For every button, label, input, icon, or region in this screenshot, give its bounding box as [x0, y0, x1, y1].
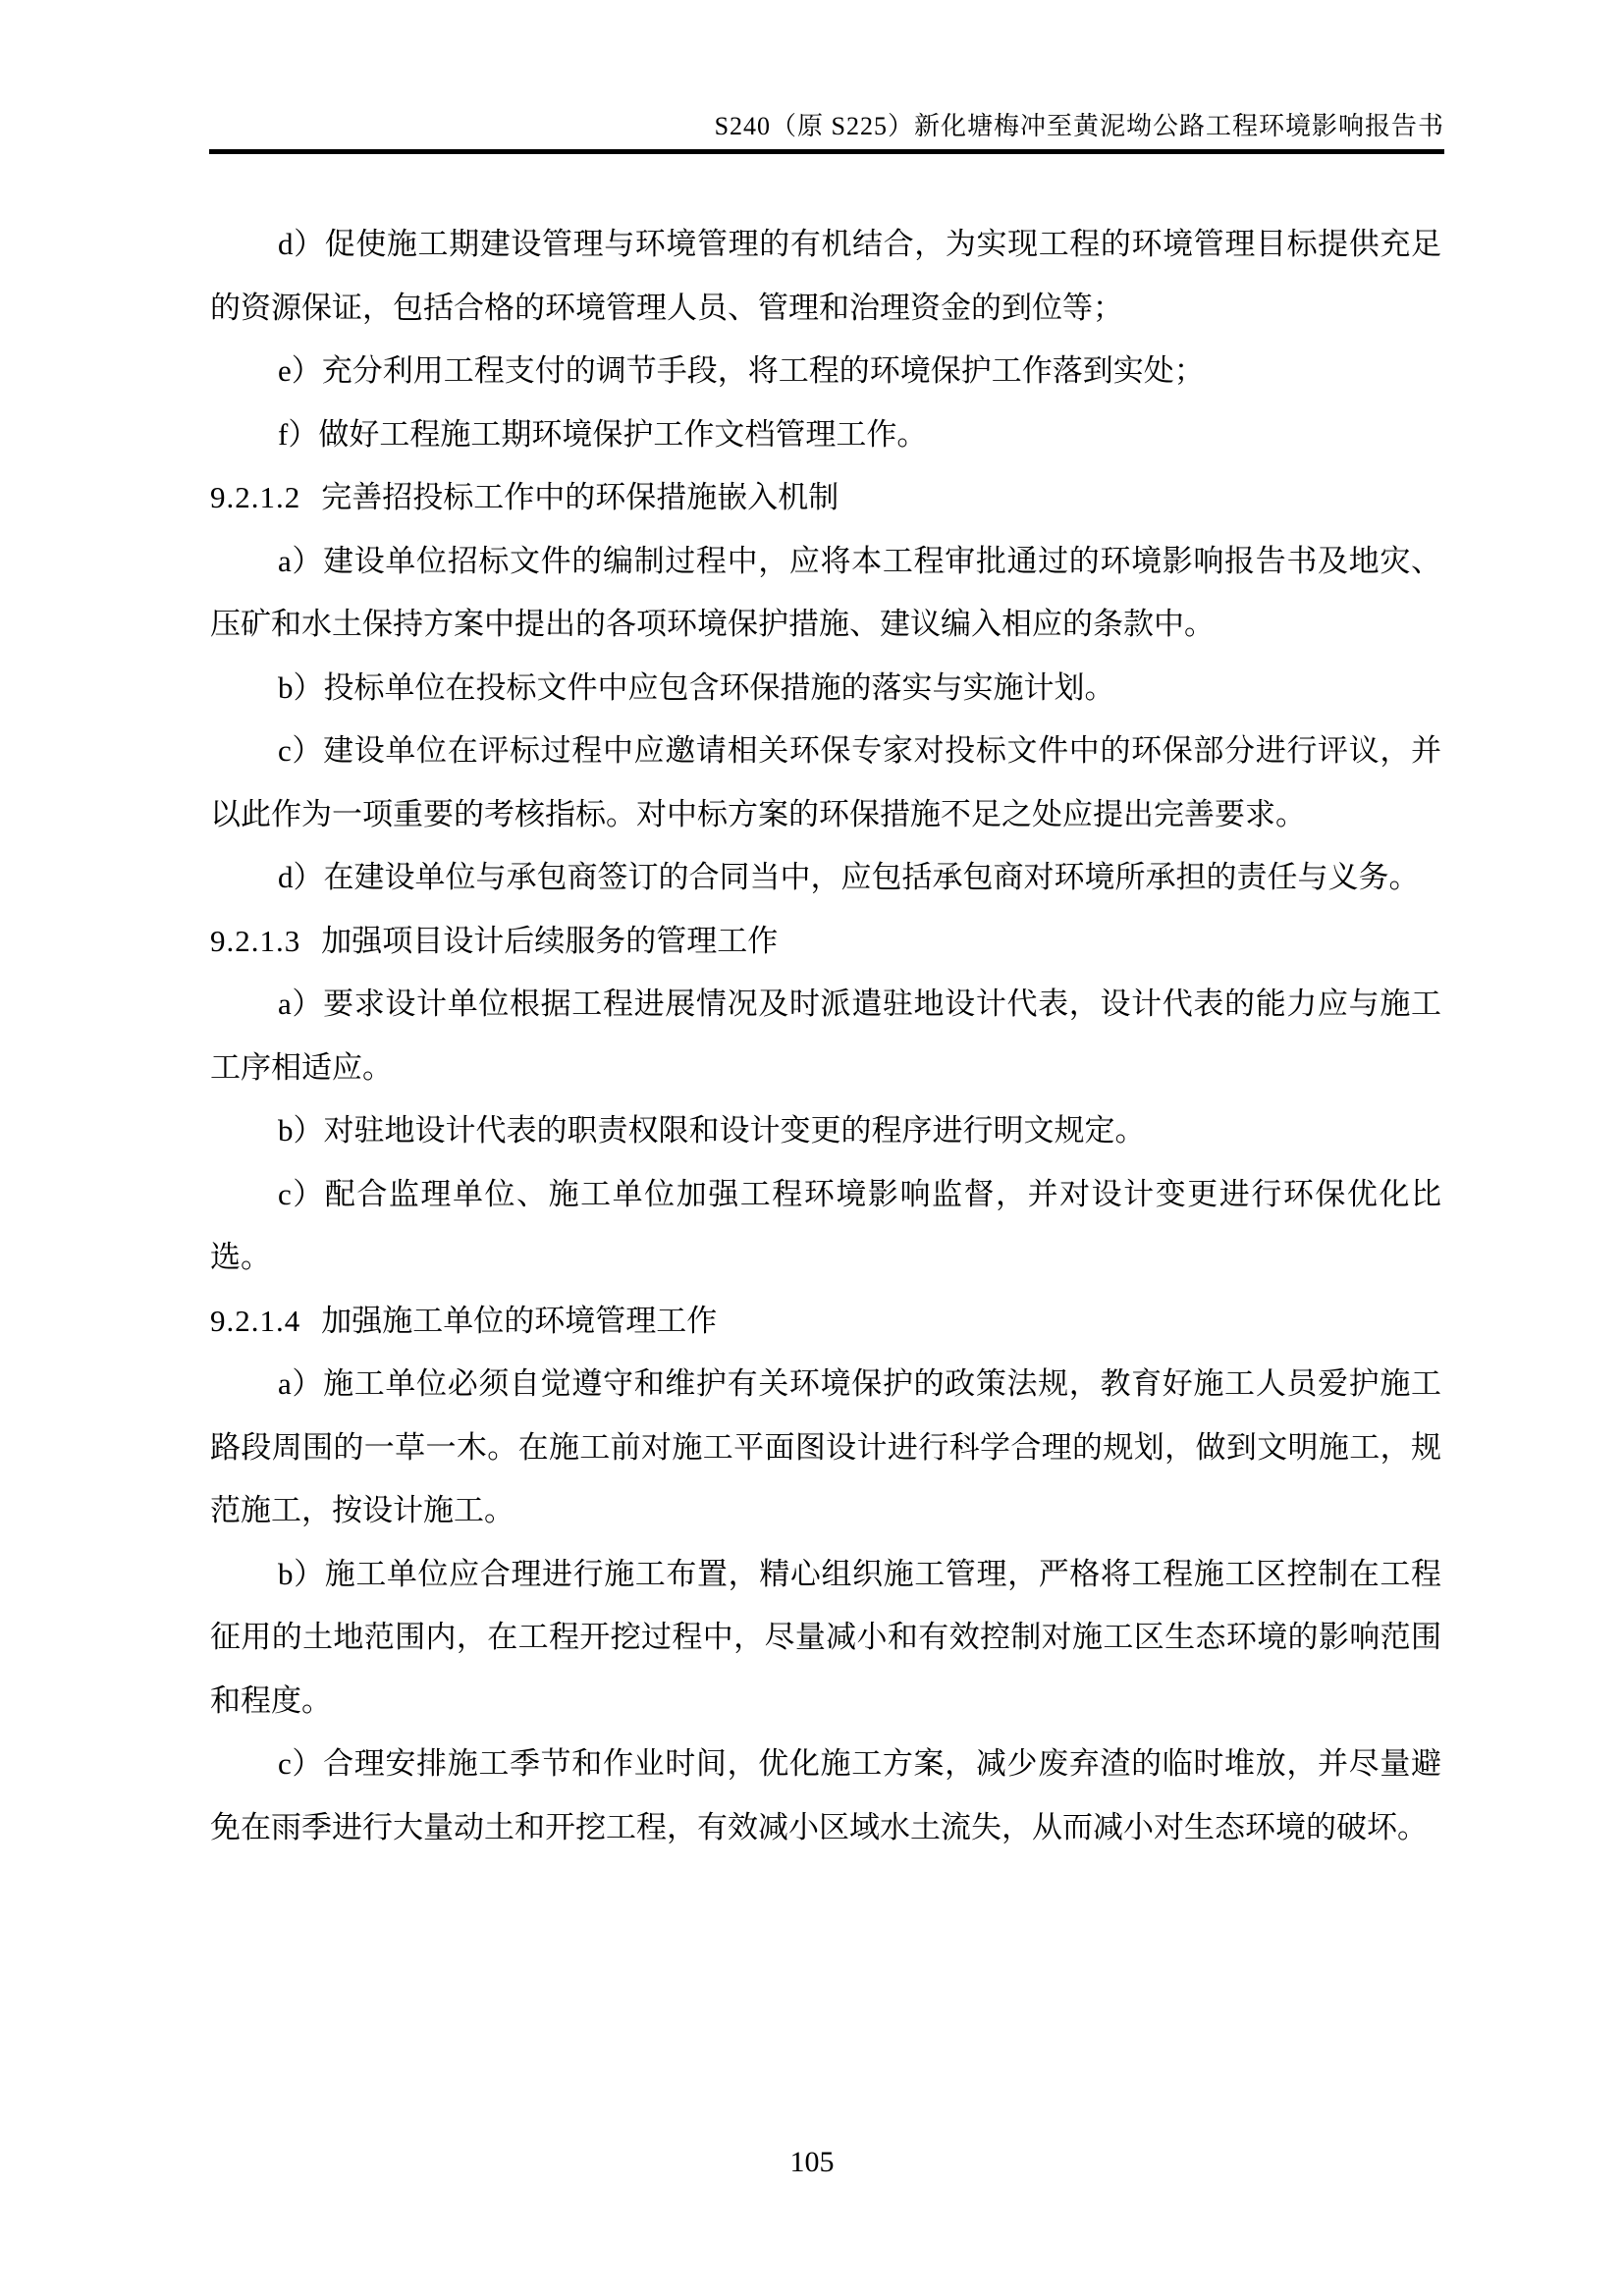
paragraph: c）建设单位在评标过程中应邀请相关环保专家对投标文件中的环保部分进行评议，并以此… [210, 720, 1441, 846]
section-heading: 9.2.1.2完善招投标工作中的环保措施嵌入机制 [210, 466, 1441, 530]
paragraph: b）投标单位在投标文件中应包含环保措施的落实与实施计划。 [210, 657, 1441, 721]
page-header-title: S240（原 S225）新化塘梅冲至黄泥坳公路工程环境影响报告书 [209, 110, 1444, 154]
paragraph: a）建设单位招标文件的编制过程中，应将本工程审批通过的环境影响报告书及地灾、压矿… [210, 530, 1441, 657]
page-number: 105 [0, 2146, 1624, 2179]
document-page: S240（原 S225）新化塘梅冲至黄泥坳公路工程环境影响报告书 d）促使施工期… [0, 0, 1624, 2296]
paragraph: a）要求设计单位根据工程进展情况及时派遣驻地设计代表，设计代表的能力应与施工工序… [210, 973, 1441, 1099]
paragraph: f）做好工程施工期环境保护工作文档管理工作。 [210, 403, 1441, 467]
section-title: 完善招投标工作中的环保措施嵌入机制 [321, 480, 839, 514]
paragraph: a）施工单位必须自觉遵守和维护有关环境保护的政策法规，教育好施工人员爱护施工路段… [210, 1353, 1441, 1543]
section-number: 9.2.1.3 [210, 910, 300, 974]
paragraph: e）充分利用工程支付的调节手段，将工程的环境保护工作落到实处； [210, 340, 1441, 403]
paragraph: c）合理安排施工季节和作业时间，优化施工方案，减少废弃渣的临时堆放，并尽量避免在… [210, 1733, 1441, 1859]
paragraph: c）配合监理单位、施工单位加强工程环境影响监督，并对设计变更进行环保优化比选。 [210, 1163, 1441, 1290]
section-title: 加强施工单位的环境管理工作 [321, 1304, 717, 1338]
paragraph: b）对驻地设计代表的职责权限和设计变更的程序进行明文规定。 [210, 1099, 1441, 1163]
paragraph: d）促使施工期建设管理与环境管理的有机结合，为实现工程的环境管理目标提供充足的资… [210, 213, 1441, 340]
section-title: 加强项目设计后续服务的管理工作 [321, 924, 778, 958]
paragraph: b）施工单位应合理进行施工布置，精心组织施工管理，严格将工程施工区控制在工程征用… [210, 1543, 1441, 1734]
section-number: 9.2.1.4 [210, 1290, 300, 1354]
section-heading: 9.2.1.4加强施工单位的环境管理工作 [210, 1290, 1441, 1354]
paragraph: d）在建设单位与承包商签订的合同当中，应包括承包商对环境所承担的责任与义务。 [210, 846, 1441, 910]
section-number: 9.2.1.2 [210, 466, 300, 530]
section-heading: 9.2.1.3加强项目设计后续服务的管理工作 [210, 910, 1441, 974]
document-body: d）促使施工期建设管理与环境管理的有机结合，为实现工程的环境管理目标提供充足的资… [210, 213, 1441, 1859]
